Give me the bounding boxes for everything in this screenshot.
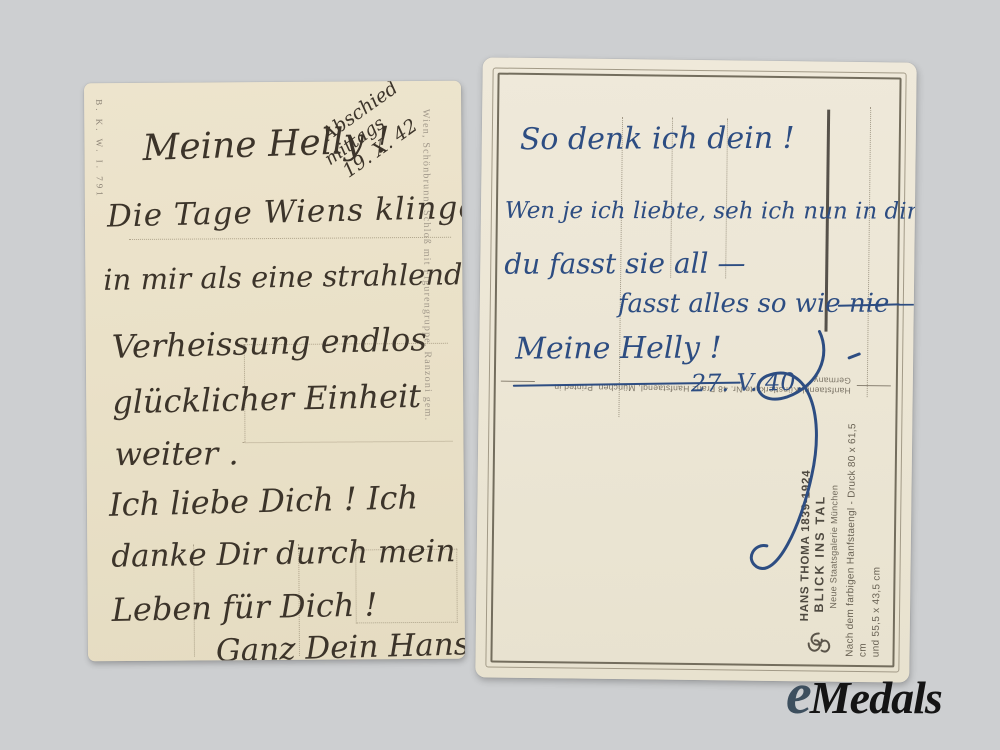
handwritten-line: Ich liebe Dich ! Ich xyxy=(108,478,418,524)
handwritten-line: danke Dir durch mein xyxy=(111,533,456,574)
handwritten-line: du fasst sie all — xyxy=(504,246,745,280)
handwritten-line: Verheissung endlos xyxy=(111,320,427,366)
publisher-code: B. K. W. I. 791 xyxy=(94,99,105,199)
left-postcard: B. K. W. I. 791 Wien, Schönbrunn, Schloß… xyxy=(84,81,465,662)
address-guide-line xyxy=(242,441,452,443)
emedals-logo-text: Medals xyxy=(810,672,942,723)
handwritten-line: Meine Helly ! xyxy=(142,120,391,169)
emedals-logo-e: e xyxy=(786,661,810,726)
handwritten-line: Meine Helly ! xyxy=(515,331,722,367)
handwritten-line: So denk ich dein ! xyxy=(520,121,795,157)
handwritten-line: in mir als eine strahlende xyxy=(103,257,465,297)
address-guide-line xyxy=(129,237,451,240)
handwritten-line: Leben für Dich ! xyxy=(111,585,378,629)
emedals-logo: eMedals xyxy=(786,660,942,727)
handwritten-line: weiter . xyxy=(114,434,238,473)
product-photo: B. K. W. I. 791 Wien, Schönbrunn, Schloß… xyxy=(0,0,1000,750)
handwritten-line: Die Tage Wiens klingen xyxy=(107,189,466,235)
handwritten-line: glücklicher Einheit xyxy=(112,377,422,421)
handwritten-signature: Ganz Dein Hans . xyxy=(215,626,465,662)
signature-flourish xyxy=(724,312,878,614)
hanfstaengl-monogram-icon xyxy=(805,630,831,656)
printed-rule xyxy=(501,381,535,382)
handwritten-line: Wen je ich liebte, seh ich nun in dir - xyxy=(505,198,917,225)
right-postcard: Hanfstaengl-Künstlerkarte Nr. 48 Franz H… xyxy=(475,57,917,682)
